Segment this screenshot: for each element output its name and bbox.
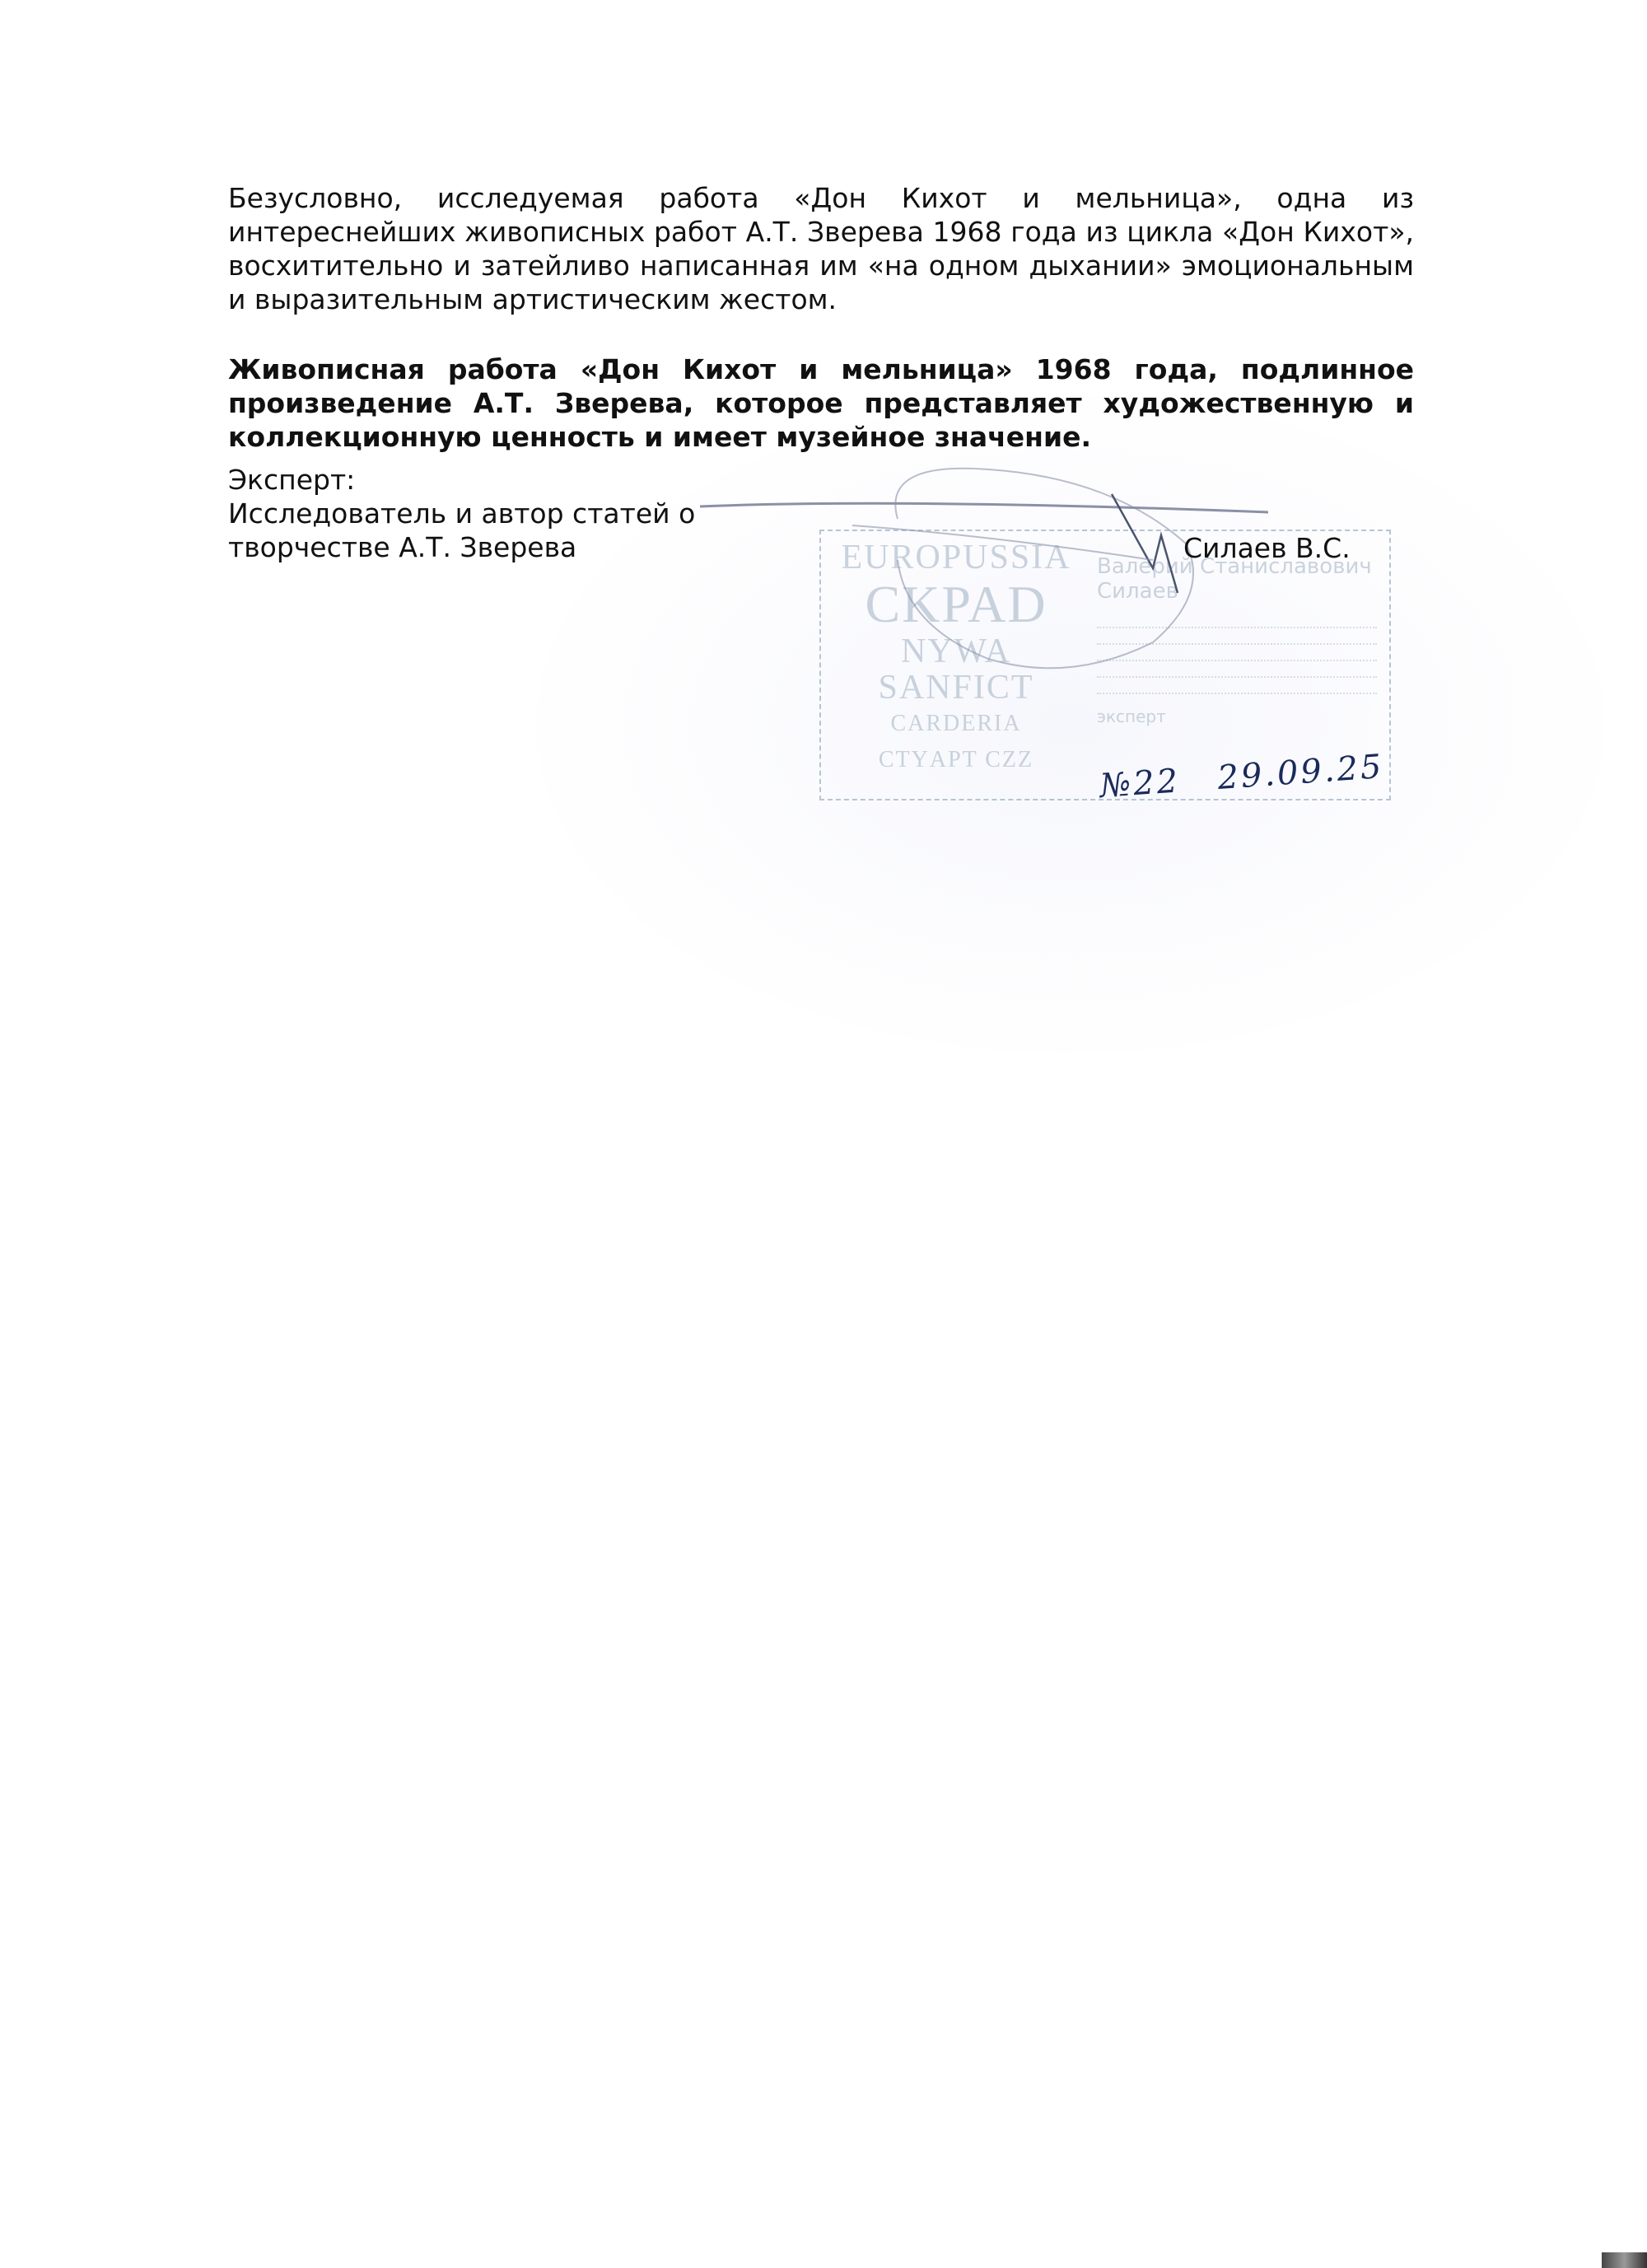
- scan-corner-mark: [1602, 2252, 1647, 2268]
- signer-name: Силаев В.С.: [1183, 531, 1351, 565]
- handwritten-number: №22: [1099, 762, 1182, 805]
- signature-icon: [0, 0, 1647, 824]
